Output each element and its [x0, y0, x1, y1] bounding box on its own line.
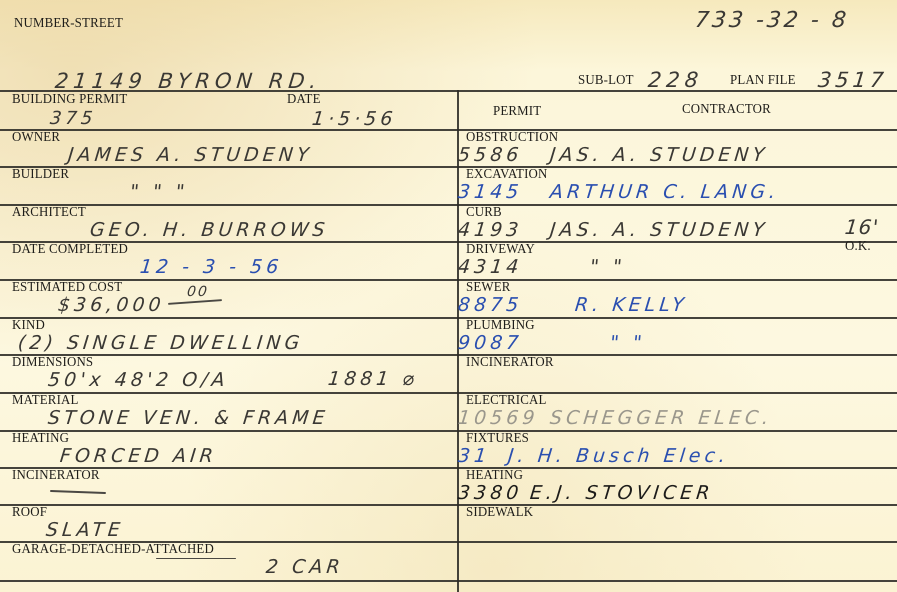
incinerator-dash [50, 490, 106, 494]
sub-lot-value: 228 [647, 70, 704, 91]
permit-incinerator-label: INCINERATOR [466, 356, 554, 370]
permit-driveway-contractor: " " [589, 258, 627, 277]
builder-value: " " " [129, 183, 189, 202]
right-row-rule [457, 279, 897, 281]
roof-value: SLATE [45, 521, 125, 540]
garage-detached-attached-label: GARAGE-DETACHED-ATTACHED [12, 543, 214, 557]
left-row-rule [0, 504, 457, 506]
permit-electrical-number: 10569 [457, 409, 539, 428]
left-row-rule [0, 129, 457, 131]
estimated-cost-label: ESTIMATED COST [12, 281, 122, 295]
right-row-rule [457, 204, 897, 206]
permit-excavation-number: 3145 [457, 183, 523, 202]
estimated-cost-value: $36,000 [57, 296, 166, 315]
permit-plumbing-label: PLUMBING [466, 319, 535, 333]
heating-value: FORCED AIR [59, 447, 218, 466]
curb-note: 16' [844, 217, 880, 237]
permit-obstruction-contractor: JAS. A. STUDENY [549, 146, 769, 165]
permit-electrical-label: ELECTRICAL [466, 394, 547, 408]
permit-curb-number: 4193 [457, 221, 523, 240]
permit-column-header: PERMIT [493, 105, 541, 119]
permit-heating-number: 3380 [457, 484, 523, 503]
permit-obstruction-number: 5586 [457, 146, 523, 165]
incinerator-label: INCINERATOR [12, 469, 100, 483]
permit-plumbing-contractor: " " [609, 334, 647, 353]
permit-heating-contractor: E.J. STOVICER [529, 484, 714, 503]
kind-value: (2) SINGLE DWELLING [17, 334, 304, 353]
permit-sidewalk-label: SIDEWALK [466, 506, 533, 520]
rule [0, 90, 897, 92]
dimensions-value: 50'x 48'2 O/A [47, 371, 230, 390]
number-street-label: NUMBER-STREET [14, 17, 123, 31]
permit-sewer-contractor: R. KELLY [574, 296, 689, 315]
architect-label: ARCHITECT [12, 206, 86, 220]
permit-obstruction-label: OBSTRUCTION [466, 131, 558, 145]
dimensions-extra: 1881 ⌀ [327, 370, 419, 389]
date-label: DATE [287, 93, 321, 107]
date-completed-label: DATE COMPLETED [12, 243, 128, 257]
building-permit-value: 375 [49, 110, 97, 128]
permit-heating-label: HEATING [466, 469, 523, 483]
permit-fixtures-label: FIXTURES [466, 432, 529, 446]
plan-file-label: PLAN FILE [730, 74, 796, 88]
sub-lot-label: SUB-LOT [578, 74, 634, 88]
owner-label: OWNER [12, 131, 60, 145]
builder-label: BUILDER [12, 168, 69, 182]
permit-sewer-label: SEWER [466, 281, 511, 295]
permit-curb-contractor: JAS. A. STUDENY [549, 221, 769, 240]
permit-plumbing-number: 9087 [457, 334, 523, 353]
number-street-value: 21149 BYRON RD. [54, 71, 323, 92]
permit-driveway-label: DRIVEWAY [466, 243, 535, 257]
plan-file-value: 3517 [817, 70, 889, 91]
permit-electrical-contractor: SCHEGGER ELEC. [549, 409, 773, 428]
roof-label: ROOF [12, 506, 47, 520]
material-label: MATERIAL [12, 394, 79, 408]
garage-detached-attached-value: 2 CAR [265, 558, 345, 577]
permit-fixtures-number: 31 [457, 447, 491, 466]
permit-excavation-label: EXCAVATION [466, 168, 548, 182]
right-row-rule [457, 580, 897, 582]
right-row-rule [457, 541, 897, 543]
date-completed-value: 12 - 3 - 56 [139, 258, 283, 277]
card-number: 733 -32 - 8 [694, 10, 850, 32]
left-row-rule [0, 317, 457, 319]
date-value: 1·5·56 [311, 110, 397, 129]
contractor-column-header: CONTRACTOR [682, 103, 771, 117]
material-value: STONE VEN. & FRAME [47, 409, 330, 428]
kind-label: KIND [12, 319, 45, 333]
architect-value: GEO. H. BURROWS [89, 221, 330, 240]
attached-underline [156, 558, 236, 559]
permit-sewer-number: 8875 [457, 296, 523, 315]
owner-value: JAMES A. STUDENY [67, 146, 314, 165]
driveway-note: O.K. [845, 240, 871, 254]
estimated-cost-cents: 00 [186, 285, 209, 299]
building-record-card: NUMBER-STREET 733 -32 - 8 21149 BYRON RD… [0, 0, 897, 592]
cents-underline [168, 299, 222, 305]
permit-driveway-number: 4314 [457, 258, 523, 277]
left-row-rule [0, 580, 457, 582]
heating-label: HEATING [12, 432, 69, 446]
building-permit-label: BUILDING PERMIT [12, 93, 127, 107]
permit-fixtures-contractor: J. H. Busch Elec. [507, 447, 730, 466]
permit-curb-label: CURB [466, 206, 502, 220]
dimensions-label: DIMENSIONS [12, 356, 93, 370]
permit-excavation-contractor: ARTHUR C. LANG. [549, 183, 780, 202]
